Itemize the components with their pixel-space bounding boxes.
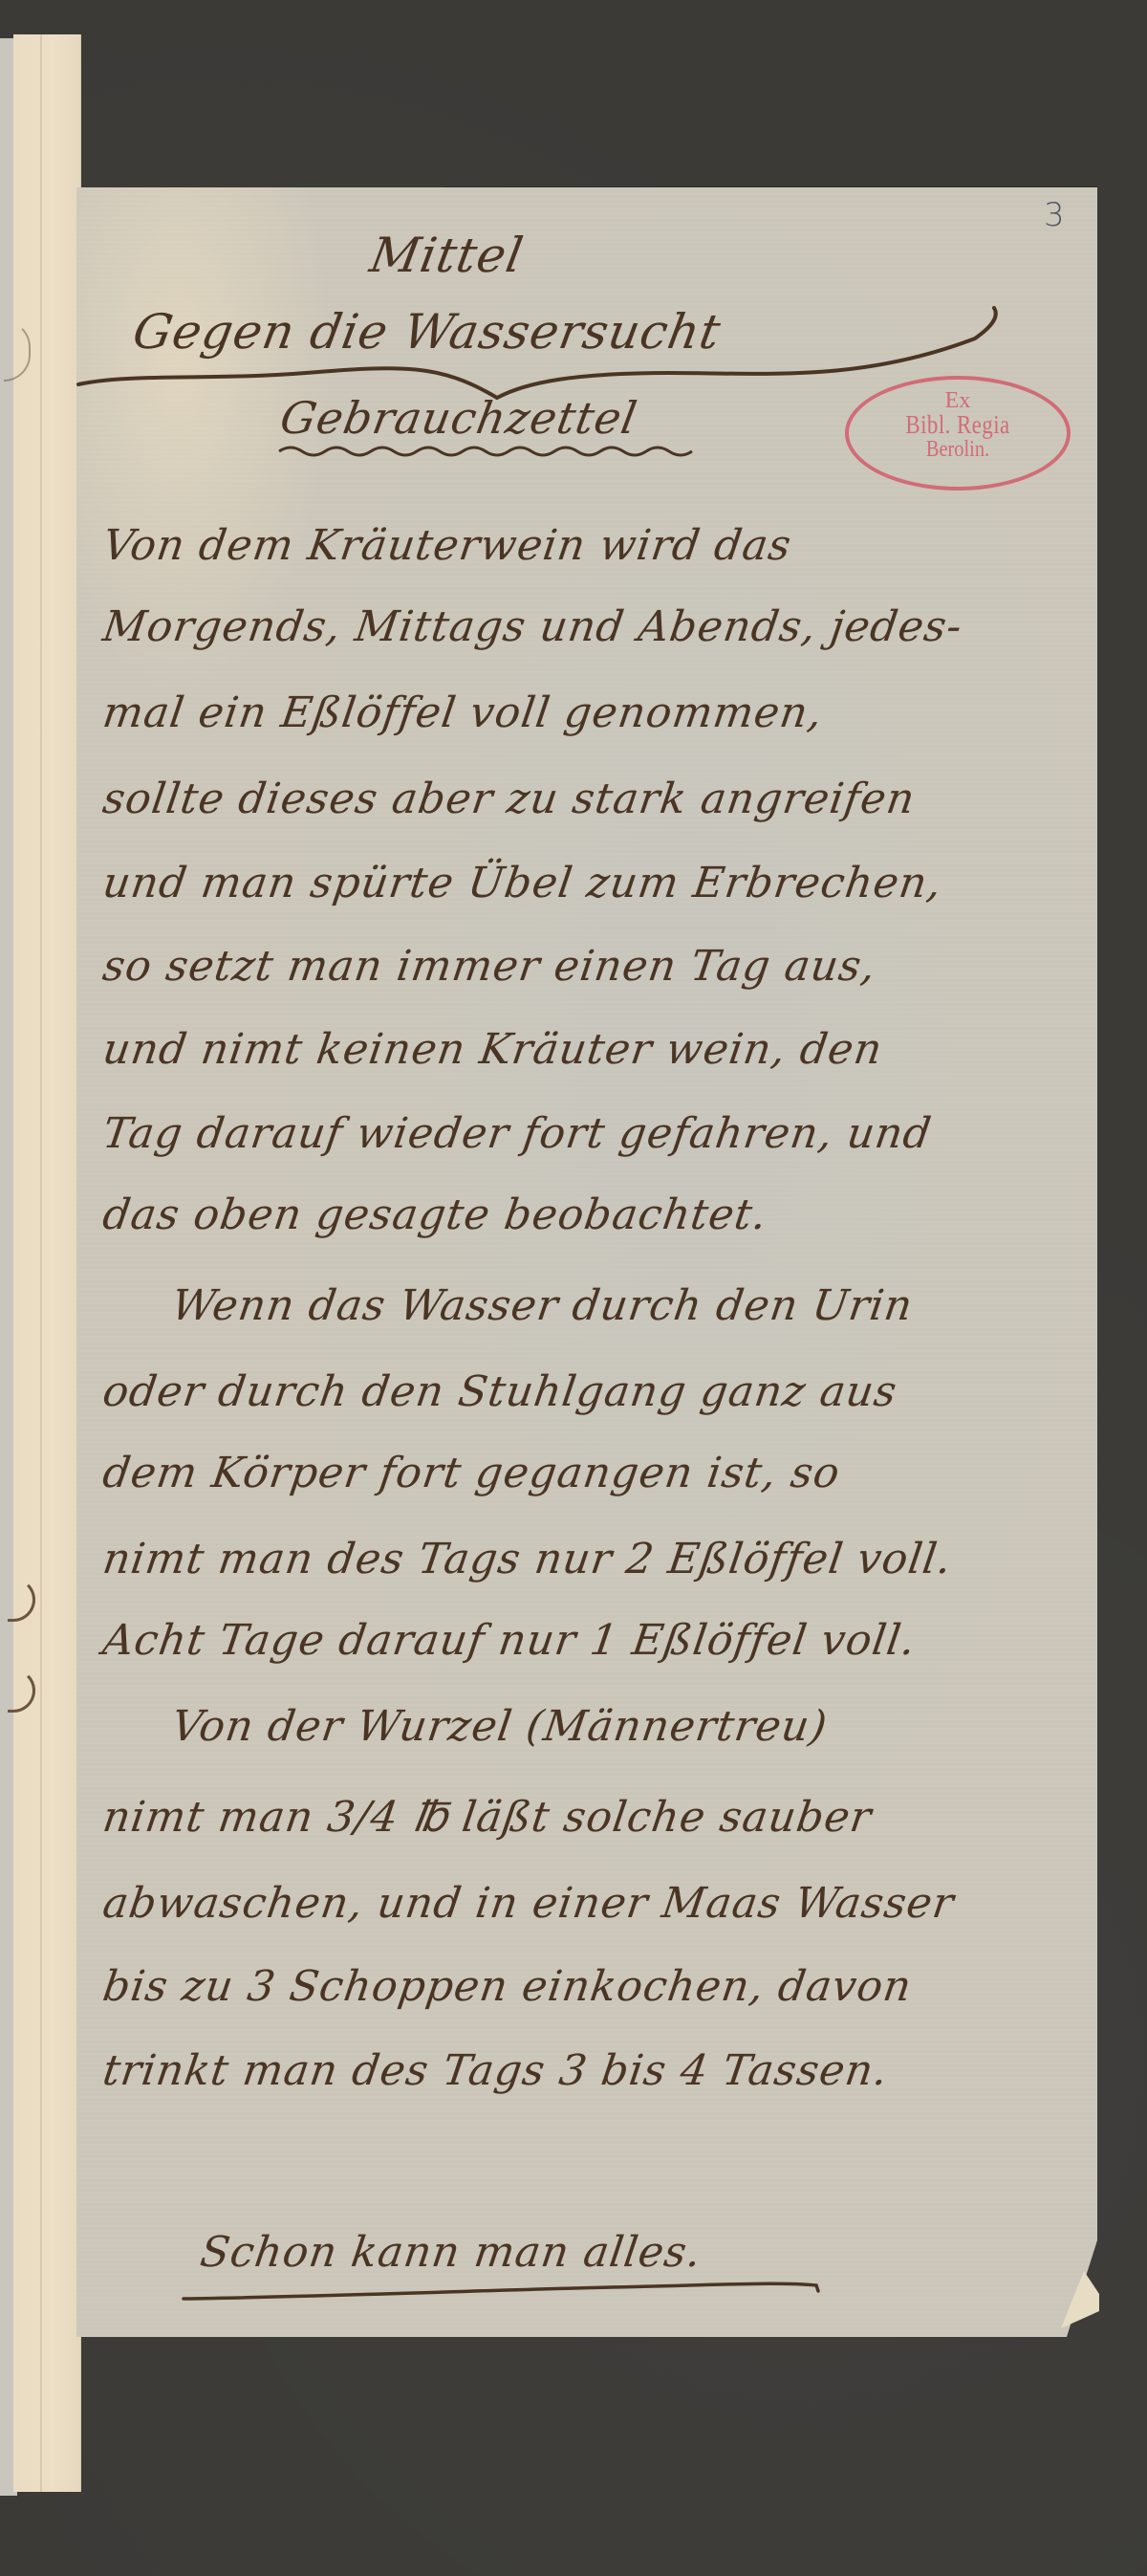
closing-line: Schon kann man alles. (197, 2228, 704, 2277)
document-subtitle: Gegen die Wassersucht (129, 304, 725, 360)
underlying-page-margin (13, 34, 81, 2492)
stamp-line-1: Ex (849, 389, 1067, 412)
text-line: das oben gesagte beobachtet. (99, 1190, 770, 1239)
text-line: bis zu 3 Schoppen einkochen, davon (99, 1962, 915, 2011)
text-line: nimt man des Tags nur 2 Eßlöffel voll. (99, 1535, 955, 1583)
library-stamp: Ex Bibl. Regia Berolin. (845, 376, 1071, 491)
text-line: und man spürte Übel zum Erbrechen, (99, 859, 944, 907)
text-line: abwaschen, und in einer Maas Wasser (99, 1879, 957, 1928)
text-line: so setzt man immer einen Tag aus, (99, 942, 878, 991)
text-line: und nimt keinen Kräuter wein, den (99, 1025, 885, 1074)
document-label: Gebrauchzettel (276, 392, 641, 444)
text-line: sollte dieses aber zu stark angreifen (99, 775, 918, 823)
document-title: Mittel (366, 228, 528, 283)
text-line: oder durch den Stuhlgang ganz aus (99, 1367, 899, 1416)
text-line: Wenn das Wasser durch den Urin (168, 1281, 916, 1330)
manuscript-page (76, 187, 1097, 2337)
text-line: dem Körper fort gegangen ist, so (99, 1449, 843, 1497)
text-line: Von dem Kräuterwein wird das (99, 521, 794, 570)
text-line: Von der Wurzel (Männertreu) (168, 1702, 830, 1751)
folio-number: 3 (1044, 196, 1065, 234)
text-line: nimt man 3/4 ℔ läßt solche sauber (99, 1793, 875, 1842)
text-line: Morgends, Mittags und Abends, jedes- (99, 602, 965, 651)
stamp-line-3: Berolin. (865, 438, 1050, 461)
text-line: Acht Tage darauf nur 1 Eßlöffel voll. (99, 1616, 919, 1665)
stamp-line-2: Bibl. Regia (865, 412, 1050, 438)
text-line: Tag darauf wieder fort gefahren, und (99, 1109, 935, 1158)
text-line: mal ein Eßlöffel voll genommen, (99, 688, 826, 737)
text-line: trinkt man des Tags 3 bis 4 Tassen. (99, 2046, 891, 2095)
